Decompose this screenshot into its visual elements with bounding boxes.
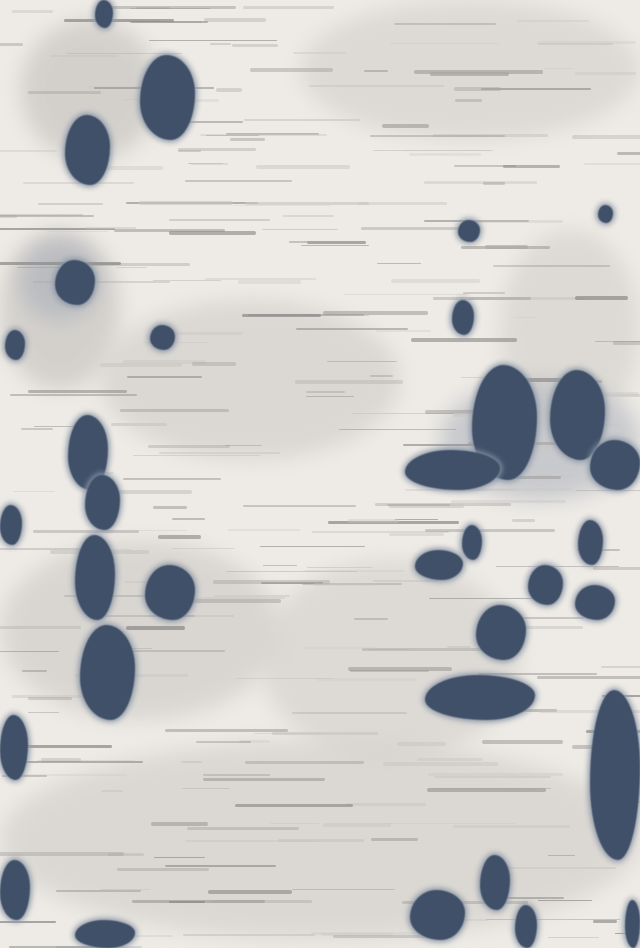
navy-ink-blot bbox=[415, 550, 463, 580]
navy-ink-blot bbox=[598, 205, 613, 223]
navy-ink-blot bbox=[405, 450, 500, 490]
navy-ink-blot bbox=[452, 300, 474, 335]
navy-ink-blot bbox=[65, 115, 110, 185]
navy-ink-blot bbox=[476, 605, 526, 660]
navy-ink-blot bbox=[575, 585, 615, 620]
navy-ink-blots-layer bbox=[0, 0, 640, 948]
navy-ink-blot bbox=[578, 520, 603, 565]
navy-ink-blot bbox=[75, 920, 135, 948]
navy-ink-blot bbox=[0, 860, 30, 920]
navy-ink-blot bbox=[140, 55, 195, 140]
navy-ink-blot bbox=[80, 625, 135, 720]
navy-ink-blot bbox=[5, 330, 25, 360]
navy-ink-blot bbox=[625, 900, 640, 948]
navy-ink-blot bbox=[95, 0, 113, 28]
navy-ink-blot bbox=[0, 715, 28, 780]
navy-ink-blot bbox=[515, 905, 537, 948]
navy-ink-blot bbox=[590, 690, 640, 860]
navy-ink-blot bbox=[145, 565, 195, 620]
navy-ink-blot bbox=[462, 525, 482, 560]
navy-ink-blot bbox=[0, 505, 22, 545]
navy-ink-blot bbox=[55, 260, 95, 305]
navy-ink-blot bbox=[85, 475, 120, 530]
navy-ink-blot bbox=[480, 855, 510, 910]
navy-ink-blot bbox=[528, 565, 563, 605]
navy-ink-blot bbox=[590, 440, 640, 490]
navy-ink-blot bbox=[458, 220, 480, 242]
navy-ink-blot bbox=[410, 890, 465, 940]
navy-ink-blot bbox=[425, 675, 535, 720]
navy-ink-blot bbox=[75, 535, 115, 620]
navy-ink-blot bbox=[150, 325, 175, 350]
rug-texture-image bbox=[0, 0, 640, 948]
